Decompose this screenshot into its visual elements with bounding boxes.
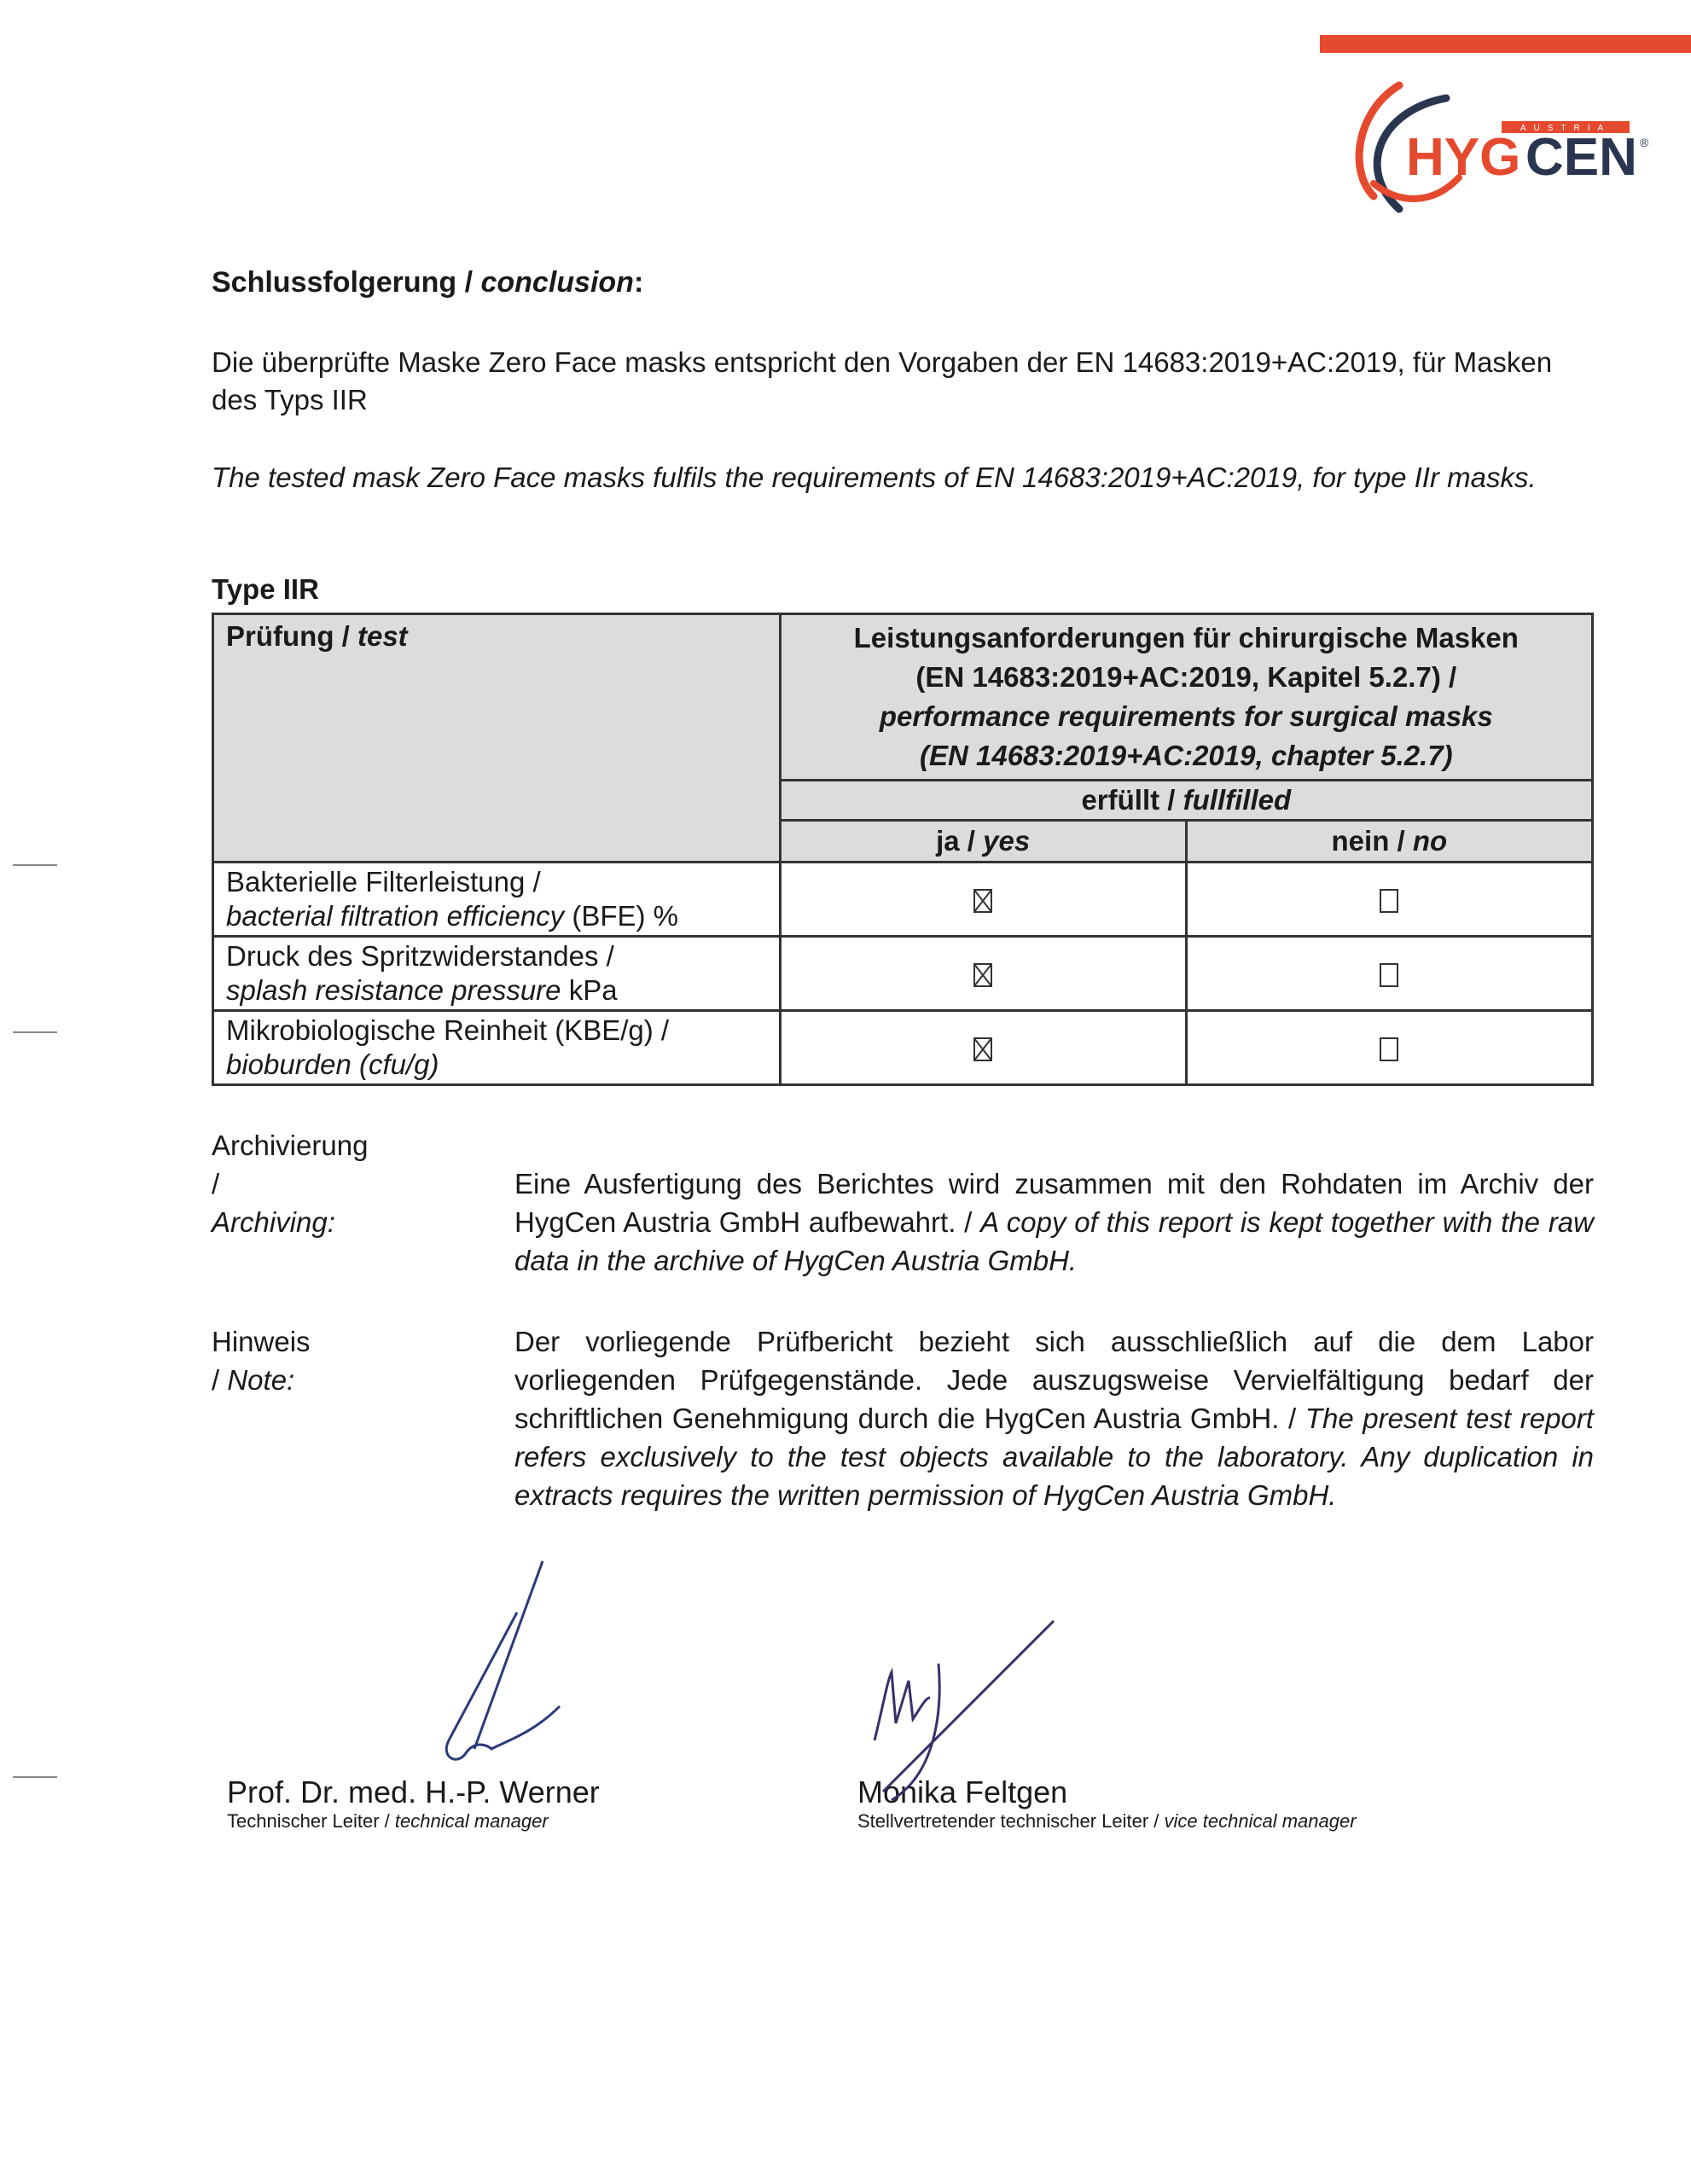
yes-checkbox-checked[interactable] [973, 1037, 992, 1061]
test-label: Bakterielle Filterleistung / bacterial f… [213, 863, 781, 937]
yes-column-header: ja / yes [780, 821, 1186, 863]
signature-block-werner: Prof. Dr. med. H.-P. Werner Technischer … [227, 1774, 600, 1833]
table-row: Mikrobiologische Reinheit (KBE/g) / biob… [213, 1011, 1593, 1085]
archiving-label: Archivierung / Archiving: [212, 1126, 368, 1241]
header-accent-bar [1320, 35, 1691, 53]
results-table: Prüfung / test Leistungsanforderungen fü… [212, 613, 1594, 1086]
no-column-header: nein / no [1186, 821, 1592, 863]
margin-fold-mark [13, 1031, 57, 1033]
conclusion-heading: Schlussfolgerung / conclusion: [212, 266, 643, 299]
svg-text:®: ® [1640, 136, 1649, 149]
conclusion-text-de: Die überprüfte Maske Zero Face masks ent… [212, 344, 1594, 419]
yes-checkbox-checked[interactable] [973, 963, 992, 987]
test-label: Mikrobiologische Reinheit (KBE/g) / biob… [213, 1011, 781, 1085]
signature-block-feltgen: Monika Feltgen Stellvertretender technis… [857, 1774, 1357, 1833]
no-checkbox[interactable] [1380, 963, 1398, 987]
fulfilled-header: erfüllt / fullfilled [780, 781, 1592, 821]
hygcen-swoosh-icon: AUSTRIA HYG CEN ® [1339, 77, 1681, 222]
yes-checkbox-checked[interactable] [973, 889, 992, 913]
hygcen-logo: AUSTRIA HYG CEN ® [1339, 77, 1681, 222]
no-checkbox[interactable] [1380, 1037, 1398, 1061]
note-label: Hinweis / Note: [212, 1322, 311, 1399]
test-label: Druck des Spritzwiderstandes / splash re… [213, 937, 781, 1011]
margin-fold-mark [13, 1776, 57, 1778]
handwritten-signature-icon [857, 1612, 1130, 1800]
table-row: Bakterielle Filterleistung / bacterial f… [213, 863, 1593, 937]
table-row: Druck des Spritzwiderstandes / splash re… [213, 937, 1593, 1011]
no-checkbox[interactable] [1380, 889, 1398, 913]
handwritten-signature-icon [346, 1536, 688, 1792]
svg-text:CEN: CEN [1525, 128, 1637, 187]
test-column-header: Prüfung / test [213, 614, 781, 863]
svg-text:HYG: HYG [1406, 128, 1520, 187]
margin-fold-mark [13, 864, 57, 866]
conclusion-text-en: The tested mask Zero Face masks fulfils … [212, 459, 1594, 497]
note-text: Der vorliegende Prüfbericht bezieht sich… [514, 1322, 1594, 1514]
requirements-header: Leistungsanforderungen für chirurgische … [780, 614, 1592, 781]
type-label: Type IIR [212, 573, 319, 606]
archiving-text: Eine Ausfertigung des Berichtes wird zus… [514, 1165, 1594, 1280]
